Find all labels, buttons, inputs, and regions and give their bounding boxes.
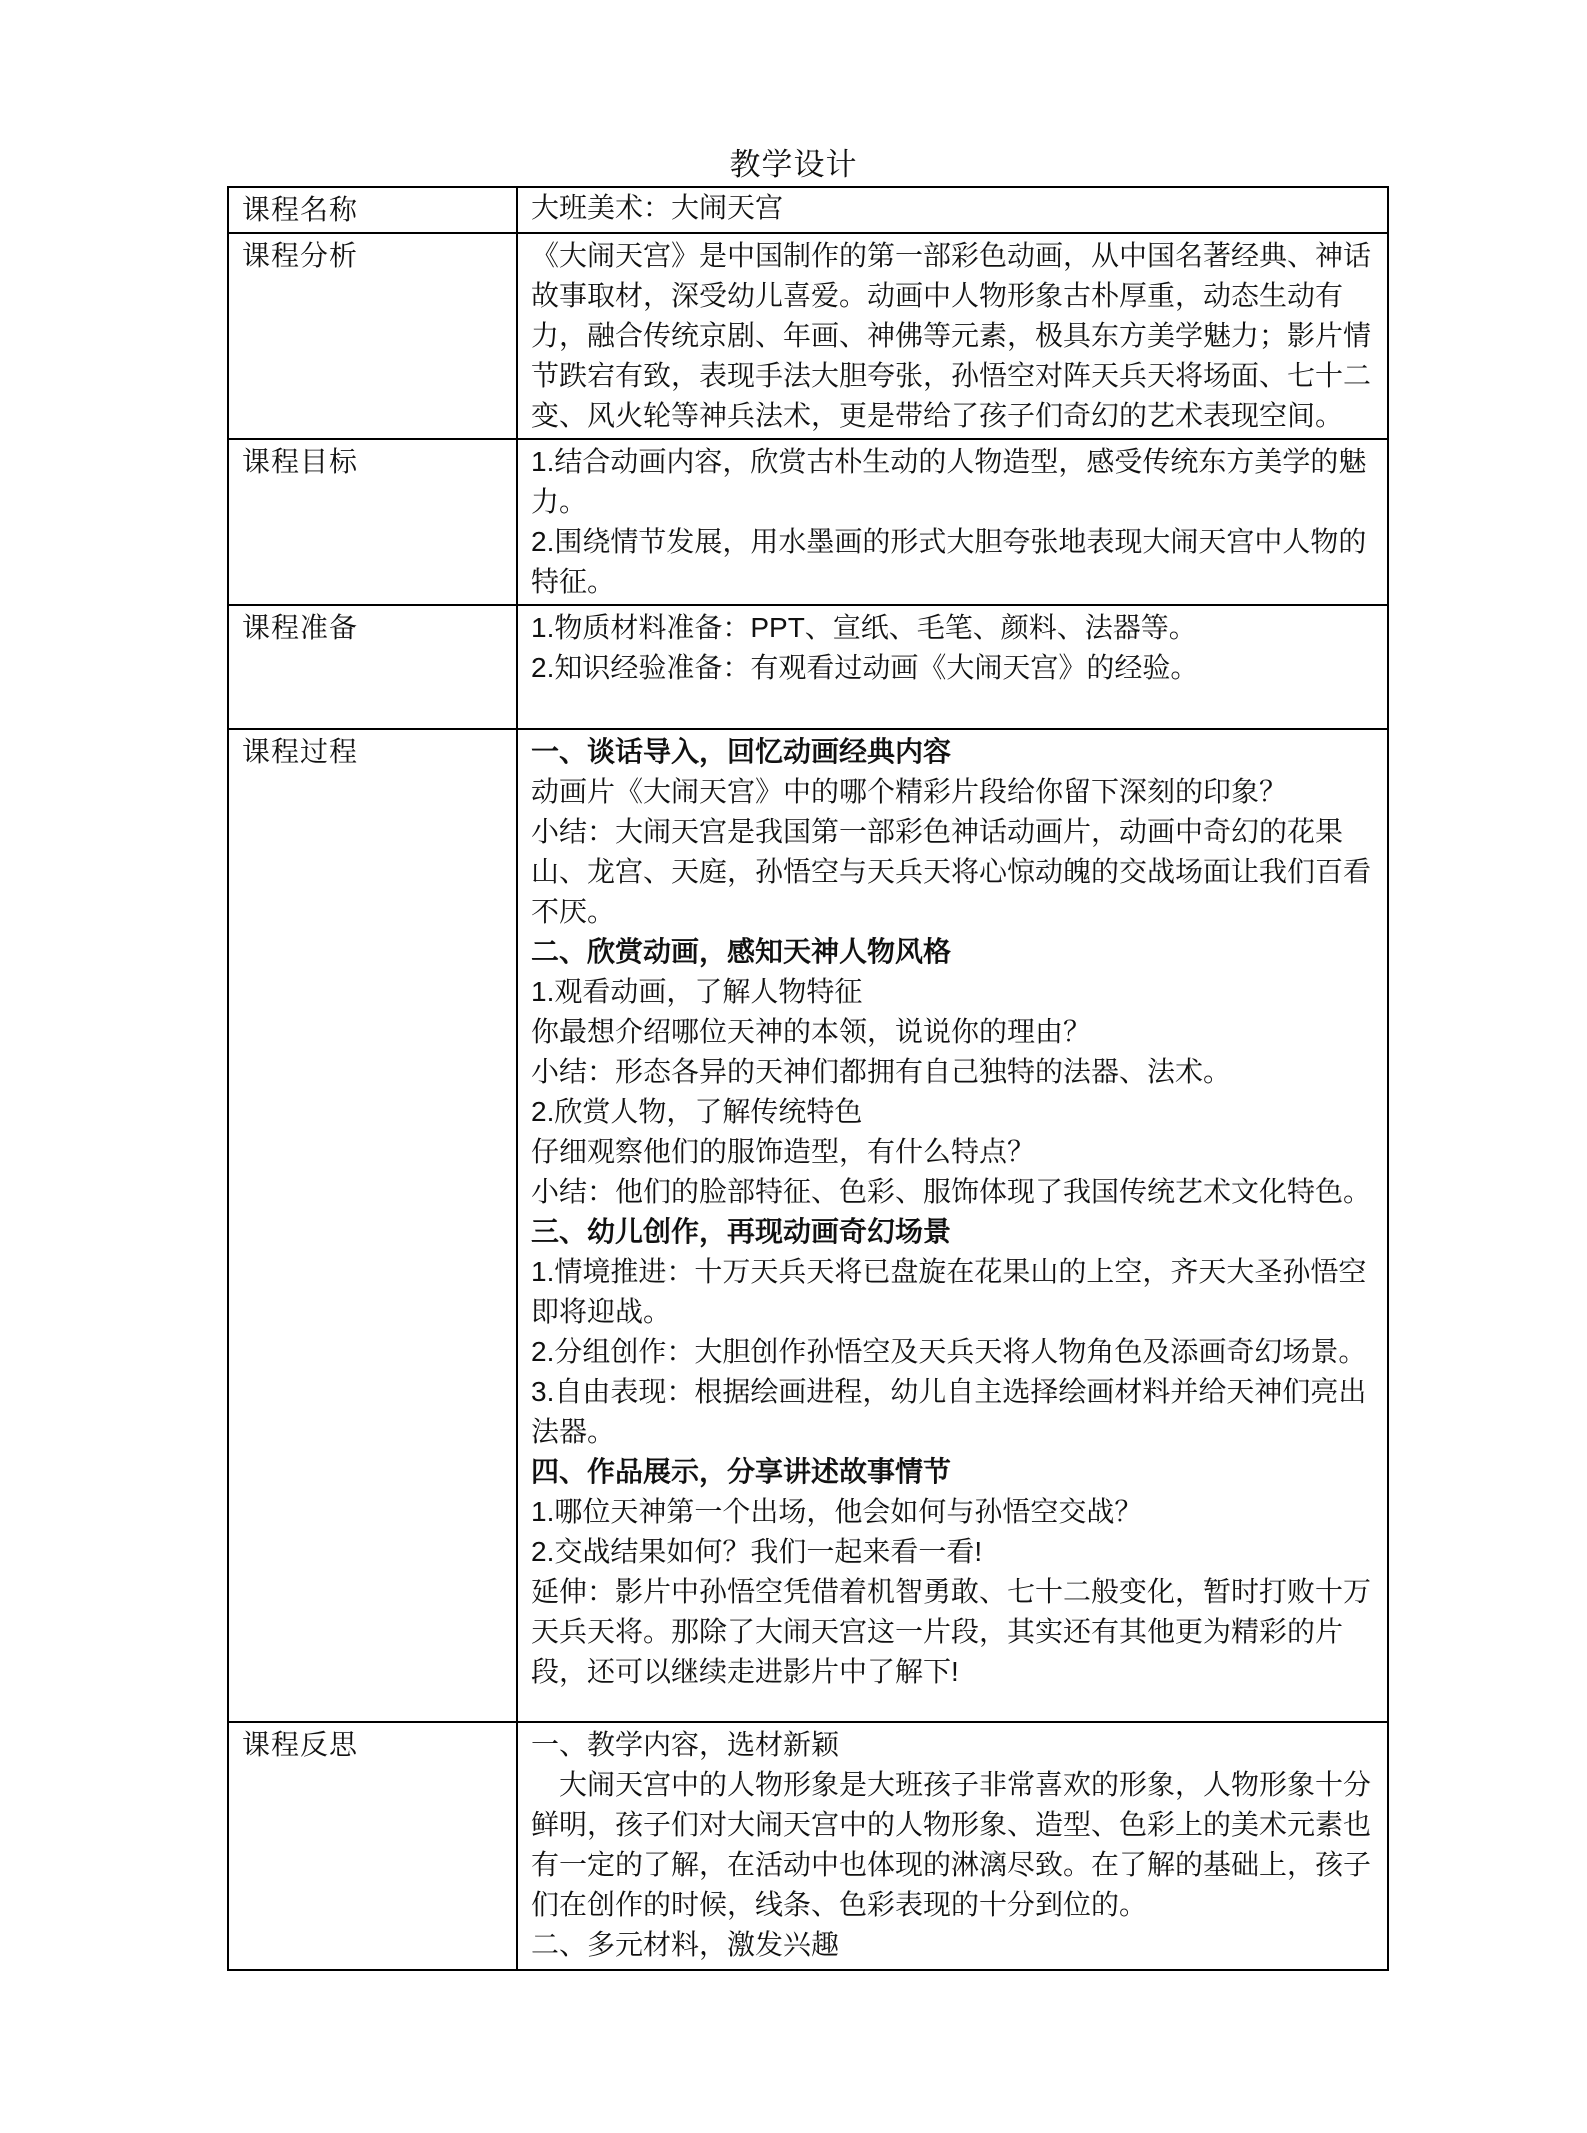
document-title: 教学设计	[0, 144, 1587, 186]
paragraph: 四、作品展示，分享讲述故事情节	[531, 1452, 1373, 1492]
paragraph: 延伸：影片中孙悟空凭借着机智勇敢、七十二般变化，暂时打败十万天兵天将。那除了大闹…	[531, 1572, 1373, 1692]
table-row-goals: 课程目标1.结合动画内容，欣赏古朴生动的人物造型，感受传统东方美学的魅力。2.围…	[228, 439, 1388, 605]
paragraph: 大闹天宫中的人物形象是大班孩子非常喜欢的形象，人物形象十分鲜明，孩子们对大闹天宫…	[531, 1765, 1373, 1925]
paragraph: 2.分组创作：大胆创作孙悟空及天兵天将人物角色及添画奇幻场景。	[531, 1332, 1373, 1372]
row-content-process: 一、谈话导入，回忆动画经典内容动画片《大闹天宫》中的哪个精彩片段给你留下深刻的印…	[517, 729, 1388, 1722]
row-label-analysis: 课程分析	[228, 233, 517, 439]
table-row-analysis: 课程分析《大闹天宫》是中国制作的第一部彩色动画，从中国名著经典、神话故事取材，深…	[228, 233, 1388, 439]
table-row-process: 课程过程一、谈话导入，回忆动画经典内容动画片《大闹天宫》中的哪个精彩片段给你留下…	[228, 729, 1388, 1722]
paragraph: 2.交战结果如何？我们一起来看一看!	[531, 1532, 1373, 1572]
table-row-preparation: 课程准备1.物质材料准备：PPT、宣纸、毛笔、颜料、法器等。2.知识经验准备：有…	[228, 605, 1388, 729]
paragraph: 小结：形态各异的天神们都拥有自己独特的法器、法术。	[531, 1052, 1373, 1092]
paragraph: 2.知识经验准备：有观看过动画《大闹天宫》的经验。	[531, 648, 1373, 688]
paragraph: 仔细观察他们的服饰造型，有什么特点？	[531, 1132, 1373, 1172]
table-row-name: 课程名称大班美术：大闹天宫	[228, 187, 1388, 233]
row-label-preparation: 课程准备	[228, 605, 517, 729]
row-content-name: 大班美术：大闹天宫	[517, 187, 1388, 233]
paragraph: 你最想介绍哪位天神的本领，说说你的理由？	[531, 1012, 1373, 1052]
row-content-preparation: 1.物质材料准备：PPT、宣纸、毛笔、颜料、法器等。2.知识经验准备：有观看过动…	[517, 605, 1388, 729]
row-content-analysis: 《大闹天宫》是中国制作的第一部彩色动画，从中国名著经典、神话故事取材，深受幼儿喜…	[517, 233, 1388, 439]
row-label-process: 课程过程	[228, 729, 517, 1722]
row-content-goals: 1.结合动画内容，欣赏古朴生动的人物造型，感受传统东方美学的魅力。2.围绕情节发…	[517, 439, 1388, 605]
table-row-reflection: 课程反思一、教学内容，选材新颖大闹天宫中的人物形象是大班孩子非常喜欢的形象，人物…	[228, 1722, 1388, 1970]
paragraph: 一、谈话导入，回忆动画经典内容	[531, 732, 1373, 772]
row-label-name: 课程名称	[228, 187, 517, 233]
lesson-plan-table: 课程名称大班美术：大闹天宫课程分析《大闹天宫》是中国制作的第一部彩色动画，从中国…	[227, 186, 1389, 1971]
paragraph: 小结：他们的脸部特征、色彩、服饰体现了我国传统艺术文化特色。	[531, 1172, 1373, 1212]
table-body: 课程名称大班美术：大闹天宫课程分析《大闹天宫》是中国制作的第一部彩色动画，从中国…	[228, 187, 1388, 1970]
row-content-reflection: 一、教学内容，选材新颖大闹天宫中的人物形象是大班孩子非常喜欢的形象，人物形象十分…	[517, 1722, 1388, 1970]
paragraph: 1.观看动画，了解人物特征	[531, 972, 1373, 1012]
paragraph: 三、幼儿创作，再现动画奇幻场景	[531, 1212, 1373, 1252]
paragraph: 1.情境推进：十万天兵天将已盘旋在花果山的上空，齐天大圣孙悟空即将迎战。	[531, 1252, 1373, 1332]
document-page: 教学设计 课程名称大班美术：大闹天宫课程分析《大闹天宫》是中国制作的第一部彩色动…	[0, 0, 1587, 2133]
paragraph: 1.哪位天神第一个出场，他会如何与孙悟空交战？	[531, 1492, 1373, 1532]
paragraph: 2.围绕情节发展，用水墨画的形式大胆夸张地表现大闹天宫中人物的特征。	[531, 522, 1373, 602]
paragraph: 1.物质材料准备：PPT、宣纸、毛笔、颜料、法器等。	[531, 608, 1373, 648]
paragraph: 一、教学内容，选材新颖	[531, 1725, 1373, 1765]
paragraph: 二、多元材料，激发兴趣	[531, 1925, 1373, 1965]
paragraph: 1.结合动画内容，欣赏古朴生动的人物造型，感受传统东方美学的魅力。	[531, 442, 1373, 522]
paragraph: 动画片《大闹天宫》中的哪个精彩片段给你留下深刻的印象？	[531, 772, 1373, 812]
paragraph: 大班美术：大闹天宫	[531, 190, 1373, 226]
row-label-reflection: 课程反思	[228, 1722, 517, 1970]
paragraph: 3.自由表现：根据绘画进程，幼儿自主选择绘画材料并给天神们亮出法器。	[531, 1372, 1373, 1452]
row-label-goals: 课程目标	[228, 439, 517, 605]
paragraph: 二、欣赏动画，感知天神人物风格	[531, 932, 1373, 972]
paragraph: 小结：大闹天宫是我国第一部彩色神话动画片，动画中奇幻的花果山、龙宫、天庭，孙悟空…	[531, 812, 1373, 932]
paragraph: 2.欣赏人物，了解传统特色	[531, 1092, 1373, 1132]
paragraph: 《大闹天宫》是中国制作的第一部彩色动画，从中国名著经典、神话故事取材，深受幼儿喜…	[531, 236, 1373, 436]
